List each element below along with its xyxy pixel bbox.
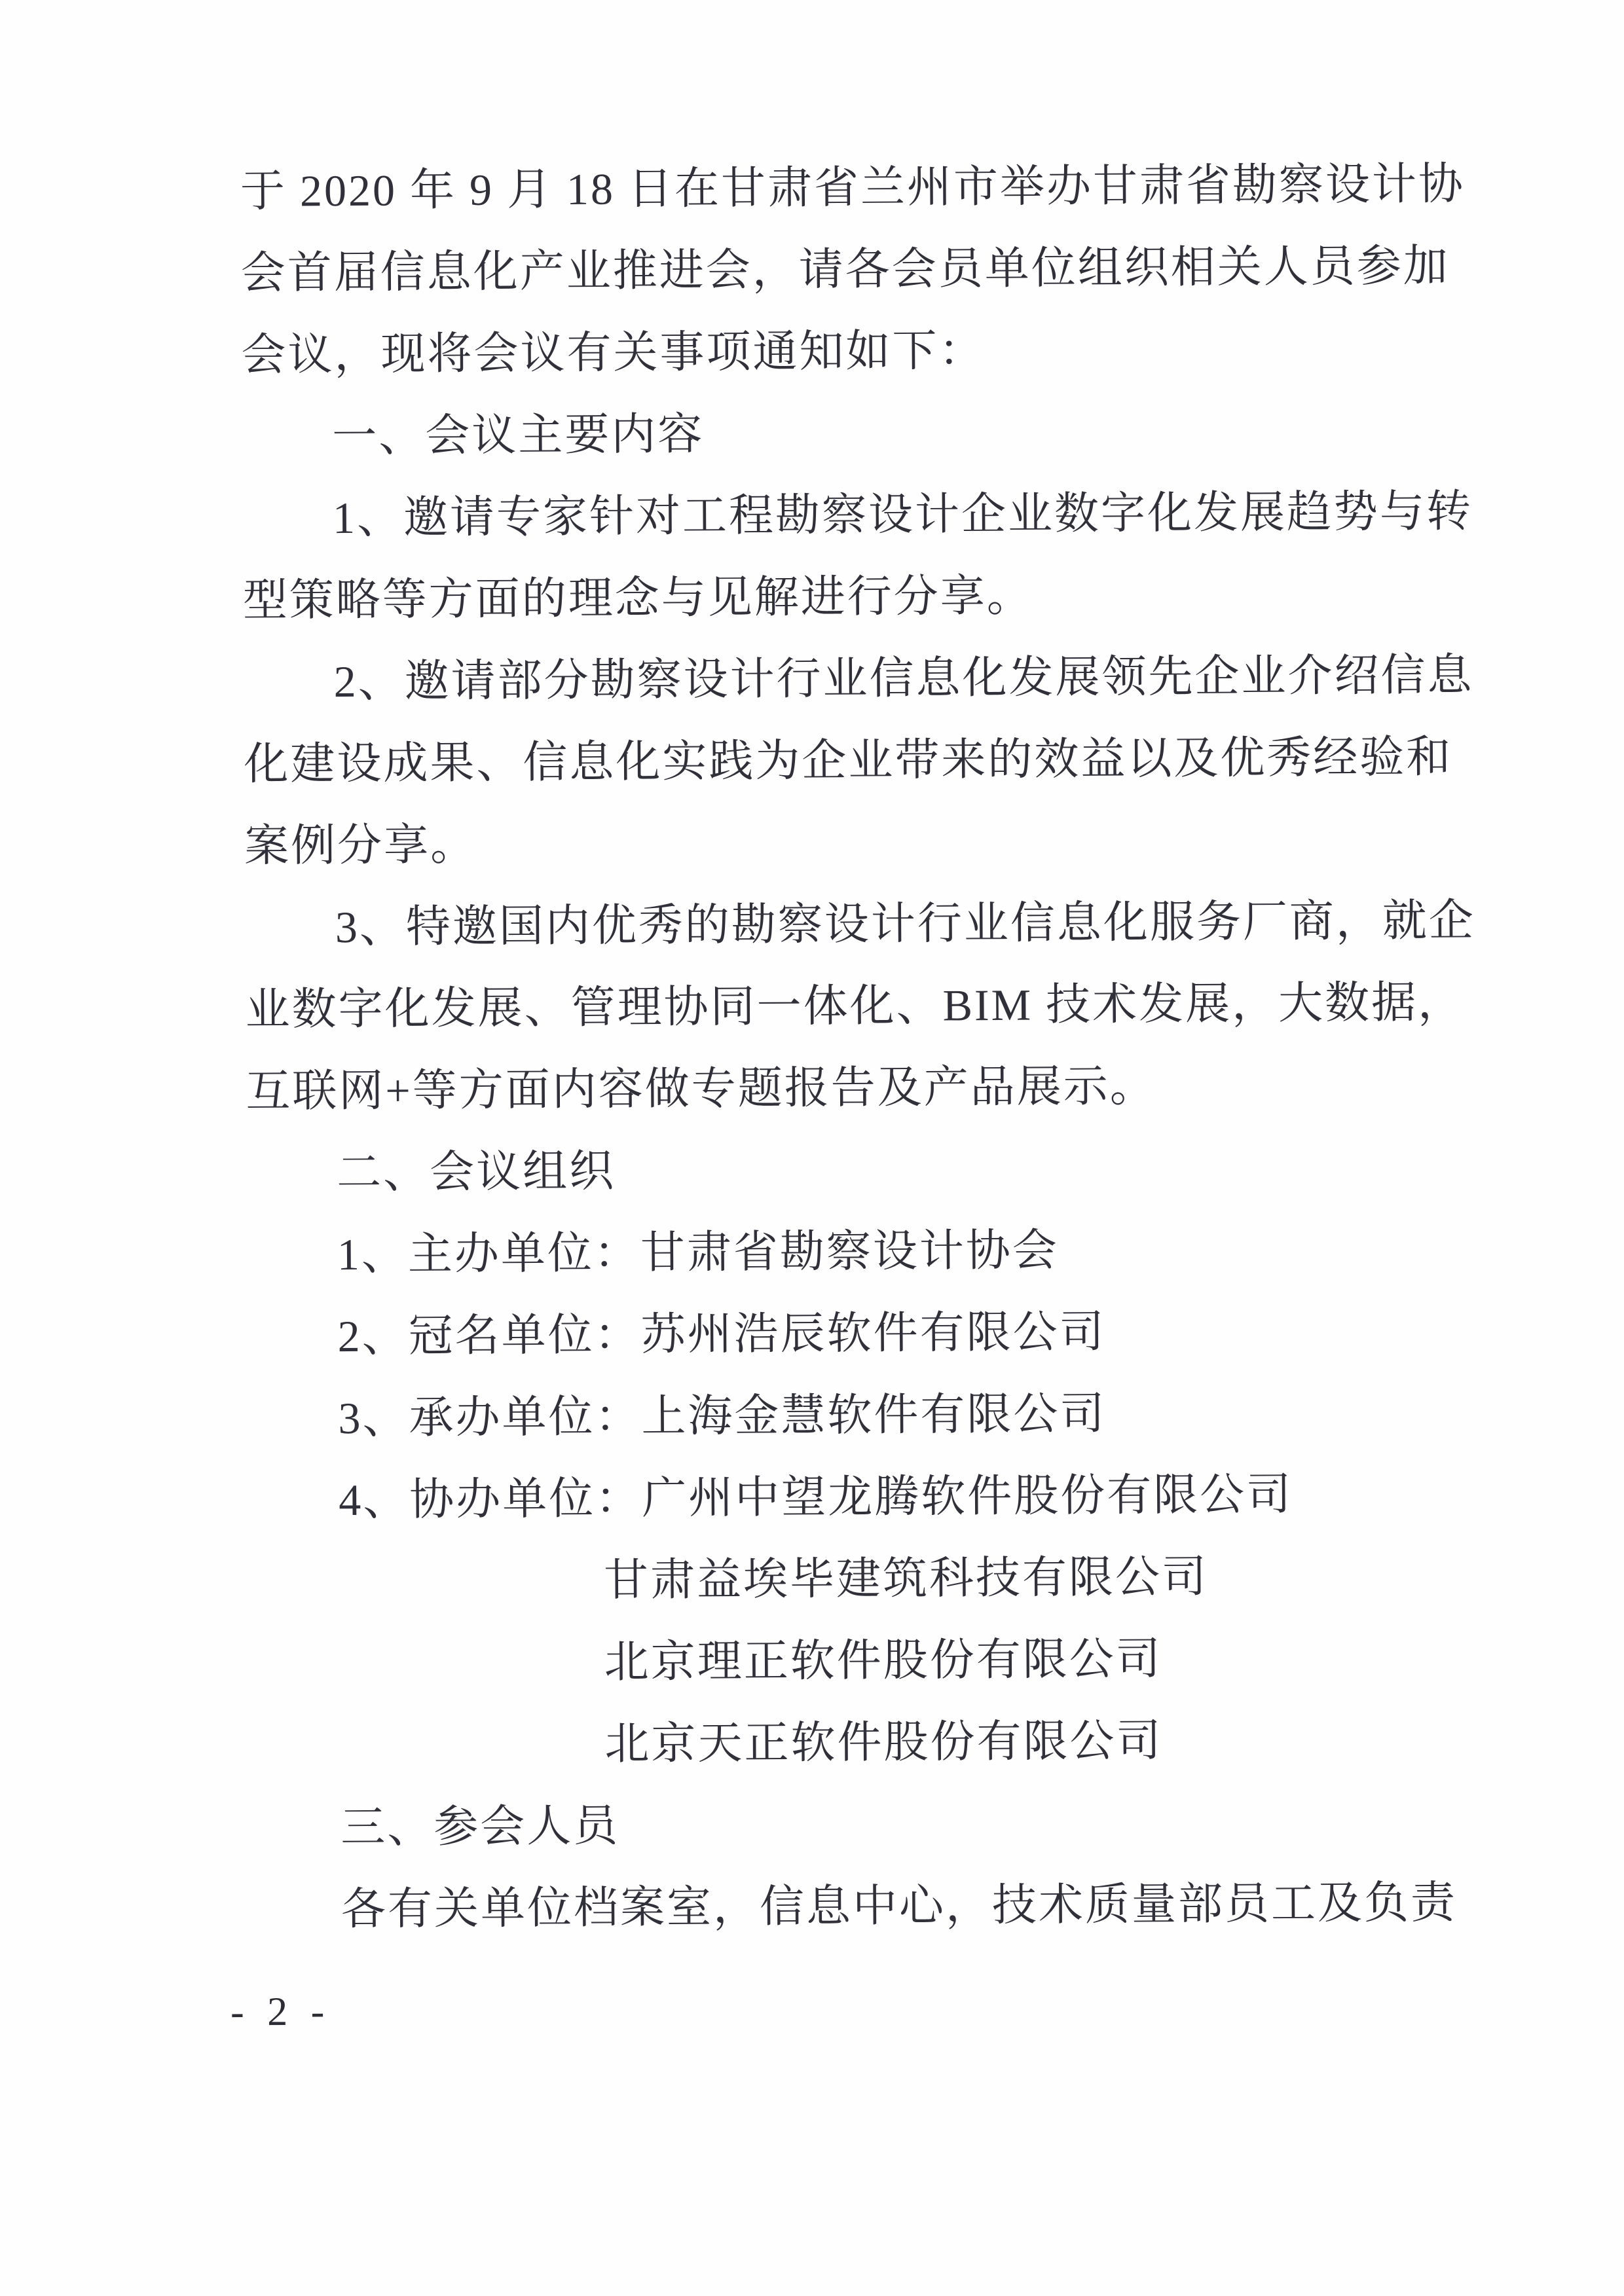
- scanned-document-page: 于 2020 年 9 月 18 日在甘肃省兰州市举办甘肃省勘察设计协 会首届信息…: [0, 0, 1624, 2296]
- item-2-line-2: 化建设成果、信息化实践为企业带来的效益以及优秀经验和: [244, 716, 1423, 805]
- item-3-line-3: 互联网+等方面内容做专题报告及产品展示。: [246, 1044, 1425, 1133]
- item-3-line-2: 业数字化发展、管理协同一体化、BIM 技术发展，大数据，: [245, 962, 1424, 1051]
- paragraph-intro-line-2: 会首届信息化产业推进会，请各会员单位组织相关人员参加: [240, 225, 1420, 314]
- paragraph-intro-line-1: 于 2020 年 9 月 18 日在甘肃省兰州市举办甘肃省勘察设计协: [240, 143, 1420, 232]
- paragraph-intro-line-3: 会议，现将会议有关事项通知如下：: [241, 307, 1420, 396]
- paragraph-attendees-line-1: 各有关单位档案室，信息中心，技术质量部员工及负责: [251, 1862, 1430, 1951]
- document-text-block: 于 2020 年 9 月 18 日在甘肃省兰州市举办甘肃省勘察设计协 会首届信息…: [240, 143, 1430, 1951]
- organizer-co-line-3: 北京理正软件股份有限公司: [249, 1616, 1428, 1705]
- item-1-line-1: 1、邀请专家针对工程勘察设计企业数字化发展趋势与转: [242, 471, 1422, 560]
- organizer-co-line-1: 4、协办单位：广州中望龙腾软件股份有限公司: [248, 1453, 1428, 1542]
- item-2-line-3: 案例分享。: [244, 798, 1424, 887]
- page-number: - 2 -: [231, 1989, 331, 2035]
- organizer-undertaker: 3、承办单位：上海金慧软件有限公司: [248, 1371, 1427, 1460]
- organizer-host: 1、主办单位：甘肃省勘察设计协会: [247, 1207, 1426, 1296]
- organizer-title-sponsor: 2、冠名单位：苏州浩辰软件有限公司: [247, 1289, 1426, 1378]
- heading-section-1: 一、会议主要内容: [242, 389, 1421, 478]
- organizer-co-line-4: 北京天正软件股份有限公司: [249, 1698, 1429, 1787]
- item-1-line-2: 型策略等方面的理念与见解进行分享。: [242, 553, 1422, 642]
- organizer-co-line-2: 甘肃益埃毕建筑科技有限公司: [249, 1535, 1428, 1624]
- heading-section-3: 三、参会人员: [250, 1780, 1430, 1869]
- heading-section-2: 二、会议组织: [246, 1125, 1426, 1214]
- item-2-line-1: 2、邀请部分勘察设计行业信息化发展领先企业介绍信息: [243, 634, 1422, 723]
- item-3-line-1: 3、特邀国内优秀的勘察设计行业信息化服务厂商，就企: [244, 880, 1424, 969]
